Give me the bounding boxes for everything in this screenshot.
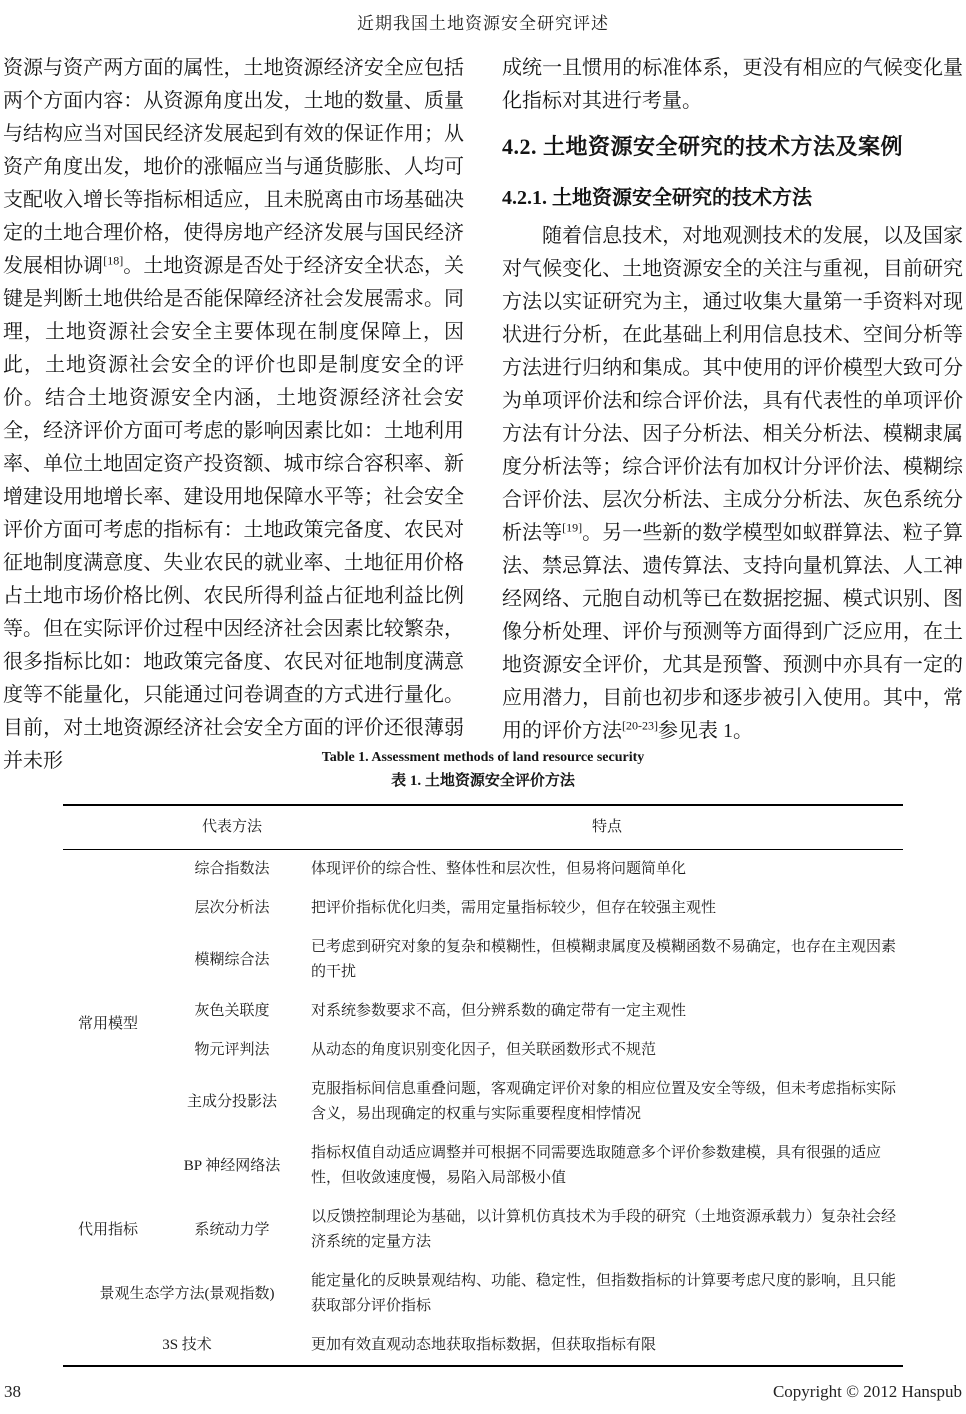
table-row: 层次分析法 把评价指标优化归类，需用定量指标较少，但存在较强主观性 — [63, 889, 903, 928]
table-row: 主成分投影法 克服指标间信息重叠问题，客观确定评价对象的相应位置及安全等级，但未… — [63, 1070, 903, 1134]
feature-cell: 克服指标间信息重叠问题，客观确定评价对象的相应位置及安全等级，但未考虑指标实际含… — [311, 1070, 903, 1134]
feature-cell: 把评价指标优化归类，需用定量指标较少，但存在较强主观性 — [311, 889, 903, 928]
group-cell: 常用模型 — [63, 850, 153, 1199]
feature-cell: 更加有效直观动态地获取指标数据，但获取指标有限 — [311, 1326, 903, 1366]
method-cell: 景观生态学方法(景观指数) — [63, 1262, 311, 1326]
feature-cell: 以反馈控制理论为基础，以计算机仿真技术为手段的研究（土地资源承载力）复杂社会经济… — [311, 1198, 903, 1262]
method-cell: 综合指数法 — [153, 850, 311, 890]
method-header-cell: 代表方法 — [153, 805, 311, 850]
table-row: 物元评判法 从动态的角度识别变化因子，但关联函数形式不规范 — [63, 1031, 903, 1070]
right-column: 成统一且惯用的标准体系，更没有相应的气候变化量化指标对其进行考量。 4.2. 土… — [502, 52, 963, 747]
feature-cell: 从动态的角度识别变化因子，但关联函数形式不规范 — [311, 1031, 903, 1070]
left-column: 资源与资产两方面的属性，土地资源经济安全应包括两个方面内容：从资源角度出发，土地… — [3, 52, 464, 747]
feature-cell: 已考虑到研究对象的复杂和模糊性，但模糊隶属度及模糊函数不易确定，也存在主观因素的… — [311, 928, 903, 992]
right-paragraph-top: 成统一且惯用的标准体系，更没有相应的气候变化量化指标对其进行考量。 — [502, 52, 963, 118]
feature-cell: 体现评价的综合性、整体性和层次性，但易将问题简单化 — [311, 850, 903, 890]
table-row: 3S 技术 更加有效直观动态地获取指标数据，但获取指标有限 — [63, 1326, 903, 1366]
table-row: 代用指标 系统动力学 以反馈控制理论为基础，以计算机仿真技术为手段的研究（土地资… — [63, 1198, 903, 1262]
table-header-row: 代表方法 特点 — [63, 805, 903, 850]
feature-cell: 指标权值自动适应调整并可根据不同需要选取随意多个评价参数建模，具有很强的适应性，… — [311, 1134, 903, 1198]
method-cell: 灰色关联度 — [153, 992, 311, 1031]
two-column-body: 资源与资产两方面的属性，土地资源经济安全应包括两个方面内容：从资源角度出发，土地… — [0, 52, 966, 747]
method-cell: 3S 技术 — [63, 1326, 311, 1366]
page-footer: 38 Copyright © 2012 Hanspub — [0, 1382, 966, 1402]
method-cell: BP 神经网络法 — [153, 1134, 311, 1198]
assessment-methods-table: 代表方法 特点 常用模型 综合指数法 体现评价的综合性、整体性和层次性，但易将问… — [63, 804, 903, 1367]
table-row: 景观生态学方法(景观指数) 能定量化的反映景观结构、功能、稳定性，但指数指标的计… — [63, 1262, 903, 1326]
table-head: 代表方法 特点 — [63, 805, 903, 850]
method-cell: 系统动力学 — [153, 1198, 311, 1262]
table-body: 常用模型 综合指数法 体现评价的综合性、整体性和层次性，但易将问题简单化 层次分… — [63, 850, 903, 1367]
table-row: 常用模型 综合指数法 体现评价的综合性、整体性和层次性，但易将问题简单化 — [63, 850, 903, 890]
method-cell: 模糊综合法 — [153, 928, 311, 992]
running-head: 近期我国土地资源安全研究评述 — [0, 0, 966, 52]
right-paragraph: 随着信息技术，对地观测技术的发展，以及国家对气候变化、土地资源安全的关注与重视，… — [502, 220, 963, 748]
group-cell: 代用指标 — [63, 1198, 153, 1262]
table-row: 模糊综合法 已考虑到研究对象的复杂和模糊性，但模糊隶属度及模糊函数不易确定，也存… — [63, 928, 903, 992]
group-header-cell — [63, 805, 153, 850]
feature-cell: 能定量化的反映景观结构、功能、稳定性，但指数指标的计算要考虑尺度的影响，且只能获… — [311, 1262, 903, 1326]
section-heading-4-2: 4.2. 土地资源安全研究的技术方法及案例 — [502, 132, 963, 162]
feature-cell: 对系统参数要求不高，但分辨系数的确定带有一定主观性 — [311, 992, 903, 1031]
copyright-notice: Copyright © 2012 Hanspub — [773, 1382, 962, 1402]
table-row: 灰色关联度 对系统参数要求不高，但分辨系数的确定带有一定主观性 — [63, 992, 903, 1031]
method-cell: 物元评判法 — [153, 1031, 311, 1070]
paper-page: 近期我国土地资源安全研究评述 资源与资产两方面的属性，土地资源经济安全应包括两个… — [0, 0, 966, 1414]
section-heading-4-2-1: 4.2.1. 土地资源安全研究的技术方法 — [502, 184, 963, 212]
method-cell: 主成分投影法 — [153, 1070, 311, 1134]
left-paragraph: 资源与资产两方面的属性，土地资源经济安全应包括两个方面内容：从资源角度出发，土地… — [3, 52, 464, 778]
feature-header-cell: 特点 — [311, 805, 903, 850]
method-cell: 层次分析法 — [153, 889, 311, 928]
table-row: BP 神经网络法 指标权值自动适应调整并可根据不同需要选取随意多个评价参数建模，… — [63, 1134, 903, 1198]
table-block: Table 1. Assessment methods of land reso… — [63, 749, 903, 1367]
page-number: 38 — [4, 1382, 21, 1402]
